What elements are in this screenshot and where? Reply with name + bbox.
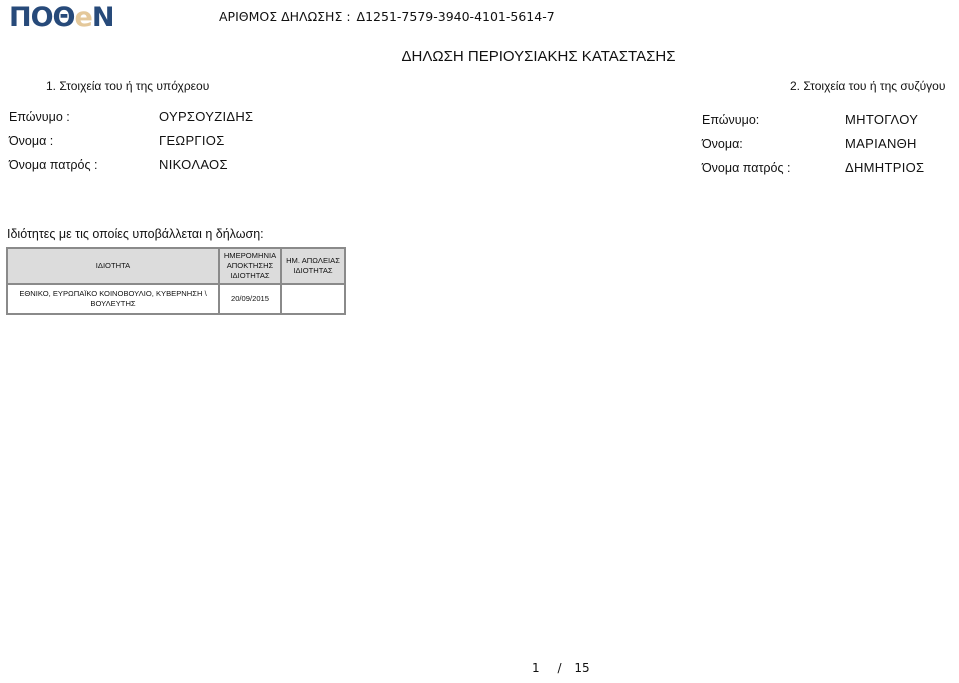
obligor-name-value: ΓΕΩΡΓΙΟΣ: [159, 133, 225, 148]
declaration-number-line: ΑΡΙΘΜΟΣ ΔΗΛΩΣΗΣ :Δ1251-7579-3940-4101-56…: [219, 9, 555, 24]
total-pages: 15: [574, 661, 589, 675]
obligor-father-value: ΝΙΚΟΛΑΟΣ: [159, 157, 228, 172]
spouse-surname-label: Επώνυμο:: [702, 113, 759, 127]
current-page: 1: [532, 661, 540, 675]
cell-property: ΕΘΝΙΚΟ, ΕΥΡΩΠΑΪΚΟ ΚΟΙΝΟΒΟΥΛΙΟ, ΚΥΒΕΡΝΗΣΗ…: [7, 284, 219, 314]
column-header-property: ΙΔΙΟΤΗΤΑ: [7, 248, 219, 284]
properties-title: Ιδιότητες με τις οποίες υποβάλλεται η δή…: [7, 227, 264, 241]
page-separator: /: [557, 661, 561, 675]
table-header-row: ΙΔΙΟΤΗΤΑ ΗΜΕΡΟΜΗΝΙΑ ΑΠΟΚΤΗΣΗΣ ΙΔΙΟΤΗΤΑΣ …: [7, 248, 345, 284]
spouse-name-label: Όνομα:: [702, 137, 743, 151]
logo-text: ΠΟΘ: [9, 2, 75, 33]
spouse-section-title: 2. Στοιχεία του ή της συζύγου: [790, 79, 945, 93]
obligor-surname-label: Επώνυμο :: [9, 110, 70, 124]
spouse-father-value: ΔΗΜΗΤΡΙΟΣ: [845, 160, 924, 175]
page-indicator: 1 / 15: [532, 661, 590, 675]
obligor-surname-value: ΟΥΡΣΟΥΖΙΔΗΣ: [159, 109, 253, 124]
column-header-acquisition-date: ΗΜΕΡΟΜΗΝΙΑ ΑΠΟΚΤΗΣΗΣ ΙΔΙΟΤΗΤΑΣ: [219, 248, 281, 284]
table-row: ΕΘΝΙΚΟ, ΕΥΡΩΠΑΪΚΟ ΚΟΙΝΟΒΟΥΛΙΟ, ΚΥΒΕΡΝΗΣΗ…: [7, 284, 345, 314]
properties-table: ΙΔΙΟΤΗΤΑ ΗΜΕΡΟΜΗΝΙΑ ΑΠΟΚΤΗΣΗΣ ΙΔΙΟΤΗΤΑΣ …: [6, 247, 346, 315]
obligor-father-label: Όνομα πατρός :: [9, 158, 97, 172]
declaration-label: ΑΡΙΘΜΟΣ ΔΗΛΩΣΗΣ :: [219, 9, 351, 24]
obligor-name-label: Όνομα :: [9, 134, 53, 148]
spouse-surname-value: ΜΗΤΟΓΛΟΥ: [845, 112, 918, 127]
cell-loss-date: [281, 284, 345, 314]
spouse-name-value: ΜΑΡΙΑΝΘΗ: [845, 136, 917, 151]
declaration-number: Δ1251-7579-3940-4101-5614-7: [357, 9, 555, 24]
spouse-father-label: Όνομα πατρός :: [702, 161, 790, 175]
logo-text-end: Ν: [92, 2, 114, 33]
logo-accent: e: [75, 2, 92, 33]
pothen-logo: ΠΟΘeΝ: [9, 2, 113, 34]
document-title: ΔΗΛΩΣΗ ΠΕΡΙΟΥΣΙΑΚΗΣ ΚΑΤΑΣΤΑΣΗΣ: [0, 48, 959, 65]
column-header-loss-date: ΗΜ. ΑΠΩΛΕΙΑΣ ΙΔΙΟΤΗΤΑΣ: [281, 248, 345, 284]
obligor-section-title: 1. Στοιχεία του ή της υπόχρεου: [46, 79, 209, 93]
cell-acquisition-date: 20/09/2015: [219, 284, 281, 314]
